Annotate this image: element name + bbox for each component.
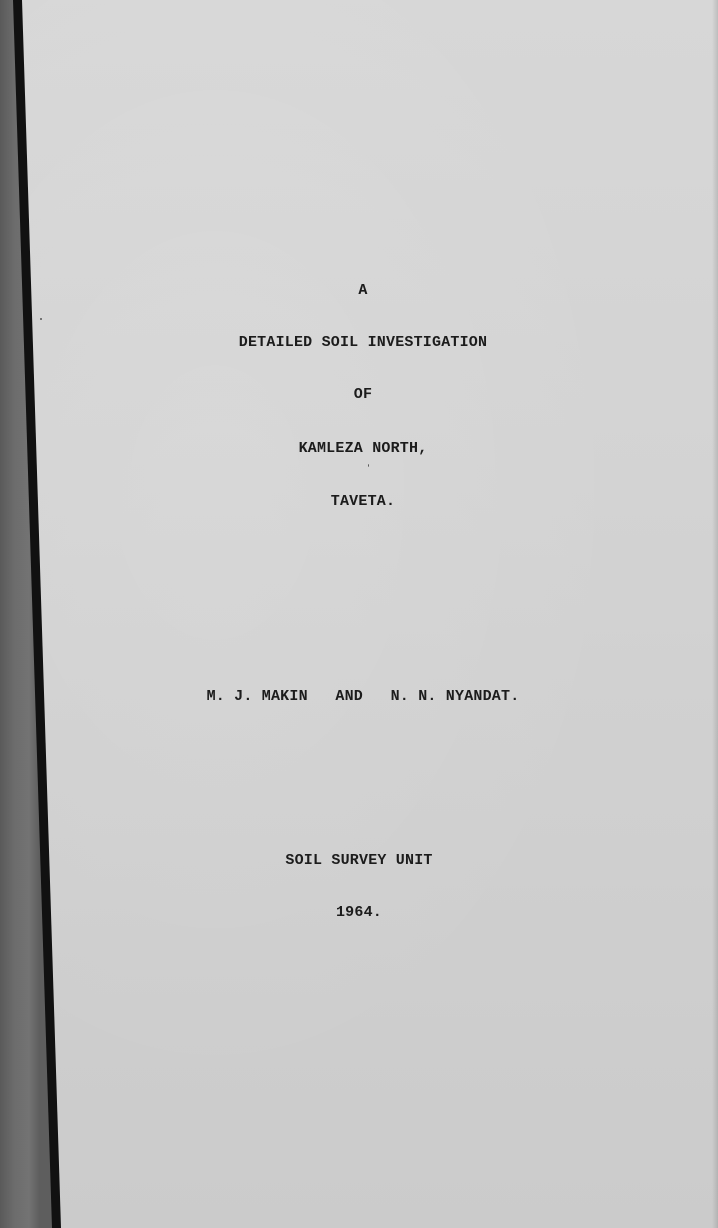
publication-year: 1964. <box>0 904 718 921</box>
region-name: TAVETA. <box>4 493 718 510</box>
authors: M. J. MAKIN AND N. N. NYANDAT. <box>4 688 718 705</box>
right-edge-shadow <box>712 0 718 1228</box>
document-title: DETAILED SOIL INVESTIGATION <box>4 334 718 351</box>
organization: SOIL SURVEY UNIT <box>0 852 718 869</box>
paper-sheet <box>0 0 718 1228</box>
title-preposition: OF <box>4 386 718 403</box>
paper-speck <box>368 464 369 467</box>
scanned-document: A DETAILED SOIL INVESTIGATION OF KAMLEZA… <box>0 0 718 1228</box>
location-name: KAMLEZA NORTH, <box>4 440 718 457</box>
paper-speck <box>40 318 42 320</box>
title-article: A <box>4 282 718 299</box>
